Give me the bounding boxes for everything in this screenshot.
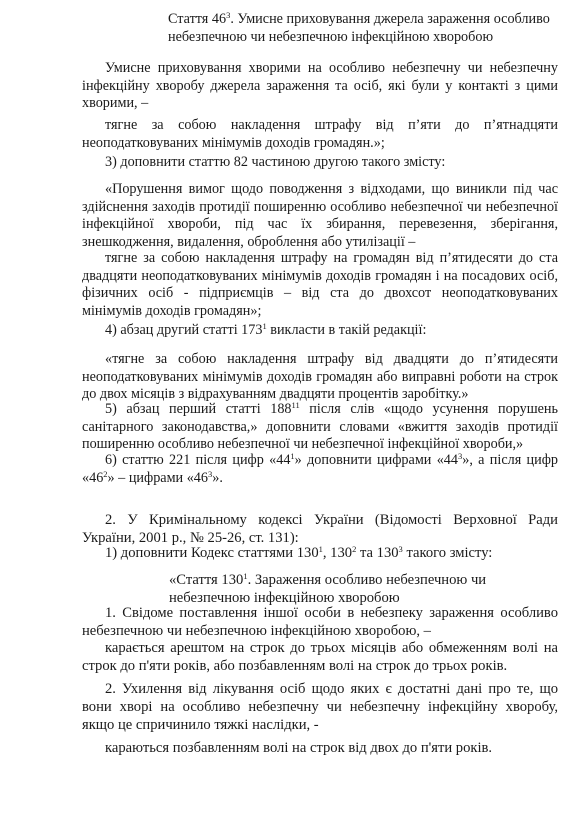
section-2-intro: 2. У Кримінальному кодексі України (Відо…	[82, 511, 558, 547]
paragraph-text: карається арештом на строк до трьох міся…	[82, 640, 558, 674]
paragraph-text: 6) статтю 221 після цифр «44	[105, 452, 290, 468]
item-5: 5) абзац перший статті 18811 після слів …	[82, 401, 558, 454]
paragraph-text: «Порушення вимог щодо поводження з відхо…	[82, 181, 558, 250]
article-130-1-heading: «Стаття 1301. Зараження особливо небезпе…	[169, 571, 558, 607]
heading-prefix: Стаття 46	[168, 11, 226, 27]
item-3-quote-2: тягне за собою накладення штрафу на гром…	[82, 250, 558, 320]
paragraph-text: » – цифрами «46	[108, 470, 208, 486]
paragraph-text: 2. У Кримінальному кодексі України (Відо…	[82, 512, 558, 546]
paragraph-text: Умисне приховування хворими на особливо …	[82, 60, 558, 111]
paragraph-text: 2. Ухилення від лікування осіб щодо яких…	[82, 681, 558, 733]
article-46-3-paragraph-1: Умисне приховування хворими на особливо …	[82, 60, 558, 113]
item-4-intro: 4) абзац другий статті 1731 викласти в т…	[82, 322, 558, 340]
paragraph-text: » доповнити цифрами «44	[295, 452, 458, 468]
paragraph-text: 1. Свідоме поставлення іншої особи в неб…	[82, 605, 558, 639]
paragraph-text: тягне за собою накладення штрафу на гром…	[82, 250, 558, 319]
paragraph-text: 4) абзац другий статті 173	[105, 322, 262, 338]
item-3-quote-1: «Порушення вимог щодо поводження з відхо…	[82, 181, 558, 251]
paragraph-text: такого змісту:	[403, 545, 493, 561]
paragraph-text: , 130	[323, 545, 352, 561]
paragraph-text: 1) доповнити Кодекс статтями 130	[105, 545, 319, 561]
paragraph-text: та 130	[356, 545, 398, 561]
article-130-1-penalty-1: карається арештом на строк до трьох міся…	[82, 639, 558, 675]
paragraph-text: викласти в такій редакції:	[267, 322, 427, 338]
item-3-intro: 3) доповнити статтю 82 частиною другою т…	[82, 154, 558, 172]
article-46-3-heading: Стаття 463. Умисне приховування джерела …	[168, 11, 558, 46]
heading-prefix: «Стаття 130	[169, 572, 243, 588]
article-130-1-penalty-2: караються позбавленням волі на строк від…	[82, 739, 558, 757]
item-4-quote: «тягне за собою накладення штрафу від дв…	[82, 351, 558, 404]
paragraph-text: тягне за собою накладення штрафу від п’я…	[82, 117, 558, 151]
section-2-item-1: 1) доповнити Кодекс статтями 1301, 1302 …	[82, 544, 558, 562]
paragraph-text: караються позбавленням волі на строк від…	[105, 740, 492, 756]
item-6: 6) статтю 221 після цифр «441» доповнити…	[82, 452, 558, 487]
paragraph-text: ».	[212, 470, 223, 486]
paragraph-text: «тягне за собою накладення штрафу від дв…	[82, 351, 558, 402]
article-46-3-paragraph-2: тягне за собою накладення штрафу від п’я…	[82, 117, 558, 152]
article-130-1-part-2: 2. Ухилення від лікування осіб щодо яких…	[82, 680, 558, 735]
document-page: Стаття 463. Умисне приховування джерела …	[0, 0, 585, 827]
superscript: 11	[292, 400, 300, 410]
article-130-1-part-1: 1. Свідоме поставлення іншої особи в неб…	[82, 604, 558, 640]
paragraph-text: 5) абзац перший статті 188	[105, 401, 292, 417]
paragraph-text: 3) доповнити статтю 82 частиною другою т…	[105, 154, 445, 170]
